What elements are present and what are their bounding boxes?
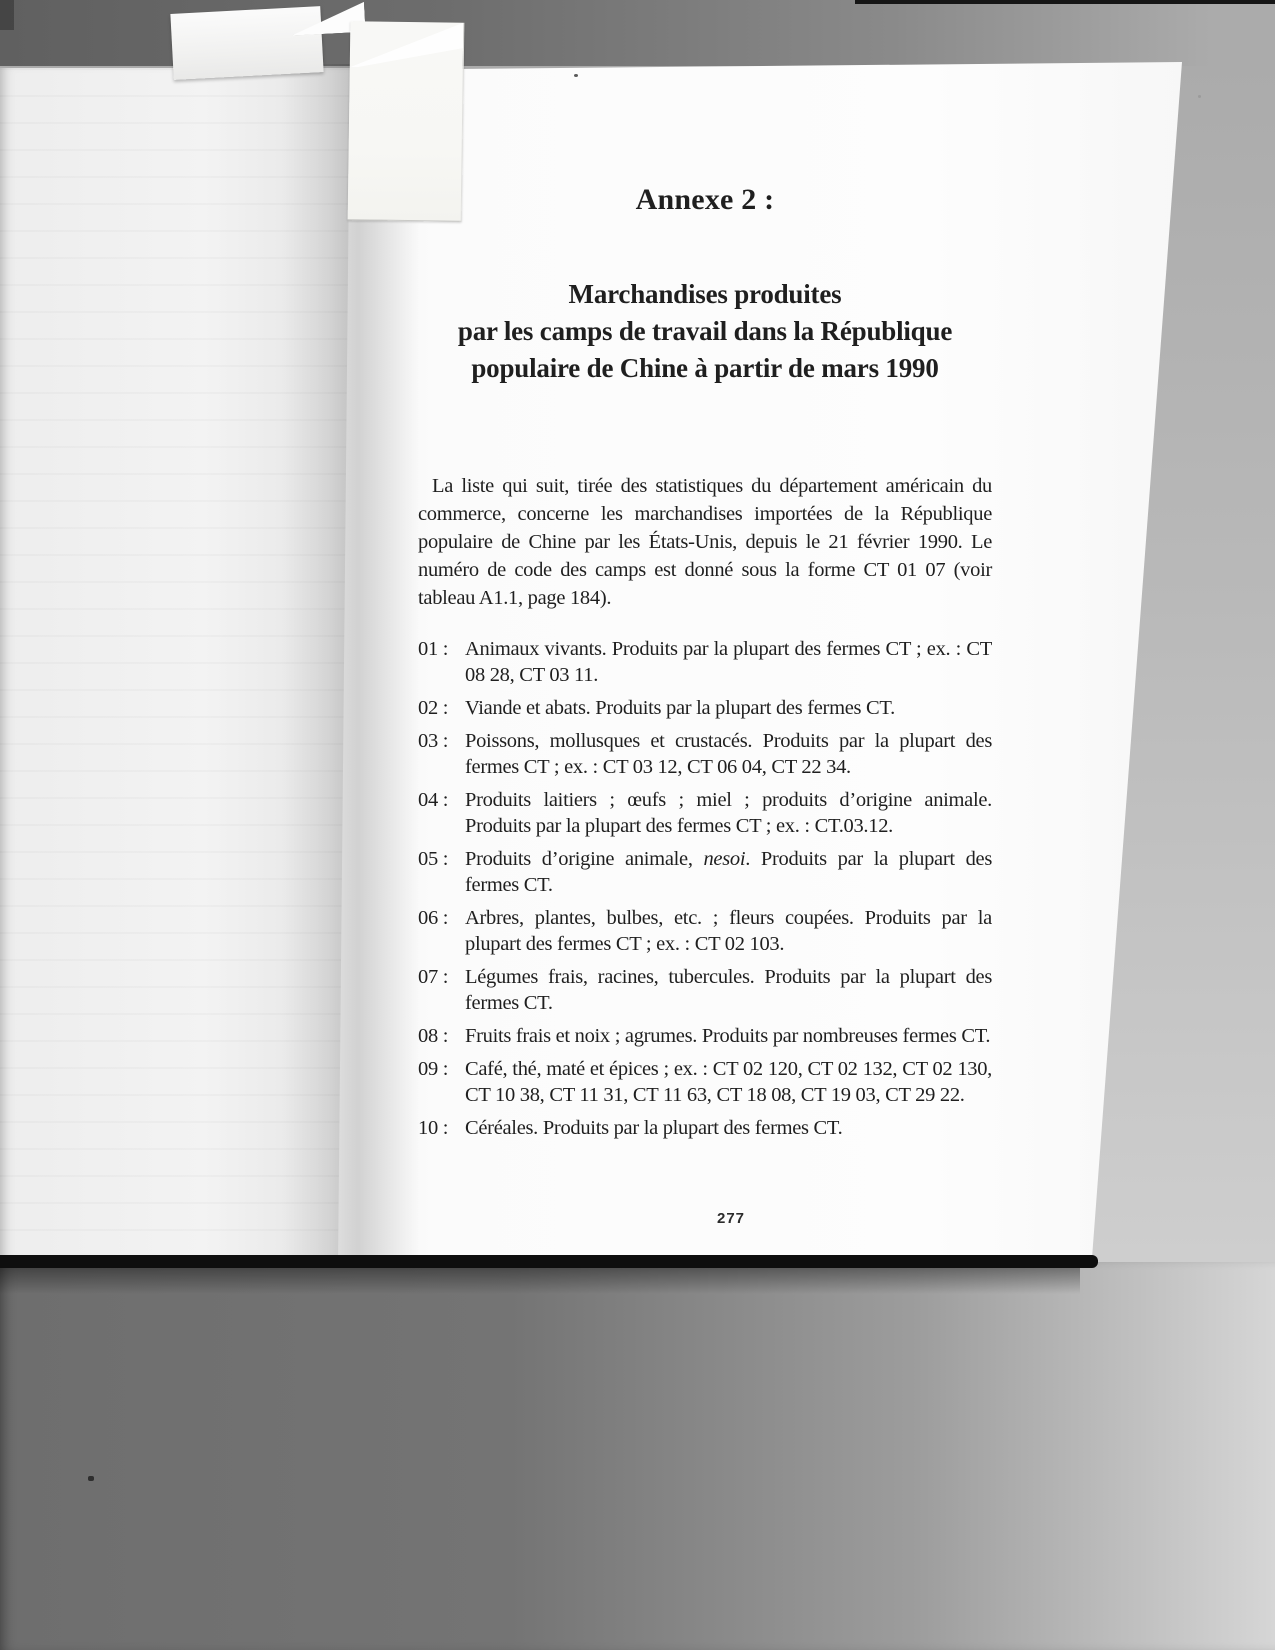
commodity-list: 01 : Animaux vivants. Produits par la pl… — [418, 636, 992, 1148]
list-item-text: Arbres, plantes, bulbes, etc. ; fleurs c… — [465, 905, 992, 957]
list-item-text: Poissons, mollusques et crustacés. Produ… — [465, 728, 992, 780]
page-title-line1: Marchandises produites — [408, 276, 1002, 313]
list-item: 01 : Animaux vivants. Produits par la pl… — [418, 636, 992, 688]
list-item: 10 : Céréales. Produits par la plupart d… — [418, 1115, 992, 1141]
book-gutter-shadow — [282, 64, 420, 1258]
page-title-line3: populaire de Chine à partir de mars 1990 — [408, 350, 1002, 387]
list-item-text: Céréales. Produits par la plupart des fe… — [465, 1115, 992, 1141]
list-item-text-main: Légumes frais, racines, tubercules. Prod… — [465, 966, 992, 1014]
list-item-text-main: Produits laitiers ; œufs ; miel ; produi… — [465, 789, 992, 837]
list-item-number: 08 : — [418, 1023, 465, 1049]
list-item-number: 10 : — [418, 1115, 465, 1141]
list-item-text: Légumes frais, racines, tubercules. Prod… — [465, 964, 992, 1016]
scan-corner-shadow — [0, 0, 14, 30]
page-number: 277 — [717, 1210, 745, 1227]
list-item-text-main: Animaux vivants. Produits par la plupart… — [465, 638, 992, 686]
list-item-number: 01 : — [418, 636, 465, 688]
list-item: 05 : Produits d’origine animale, nesoi. … — [418, 846, 992, 898]
list-item: 04 : Produits laitiers ; œufs ; miel ; p… — [418, 787, 992, 839]
list-item-text: Produits laitiers ; œufs ; miel ; produi… — [465, 787, 992, 839]
scan-speck — [88, 1476, 94, 1481]
list-item-text: Produits d’origine animale, nesoi. Produ… — [465, 846, 992, 898]
list-item-text-main: Café, thé, maté et épices ; ex. : CT 02 … — [465, 1058, 992, 1106]
scanner-bed-bottom — [0, 1262, 1275, 1650]
list-item-text-main: Céréales. Produits par la plupart des fe… — [465, 1117, 842, 1139]
annexe-heading: Annexe 2 : — [418, 183, 992, 217]
list-item-text: Café, thé, maté et épices ; ex. : CT 02 … — [465, 1056, 992, 1108]
list-item-text-main: Produits d’origine animale, — [465, 848, 703, 870]
list-item: 02 : Viande et abats. Produits par la pl… — [418, 695, 992, 721]
list-item-text: Animaux vivants. Produits par la plupart… — [465, 636, 992, 688]
list-item-text-main: Viande et abats. Produits par la plupart… — [465, 697, 895, 719]
list-item: 08 : Fruits frais et noix ; agrumes. Pro… — [418, 1023, 992, 1049]
list-item-text: Fruits frais et noix ; agrumes. Produits… — [465, 1023, 992, 1049]
list-item-text-italic: nesoi — [703, 848, 745, 870]
tape-piece-left — [170, 6, 323, 80]
list-item-number: 05 : — [418, 846, 465, 898]
list-item-number: 07 : — [418, 964, 465, 1016]
page-title: Marchandises produites par les camps de … — [408, 276, 1002, 387]
scan-speck — [1198, 95, 1201, 98]
list-item-text-main: Fruits frais et noix ; agrumes. Produits… — [465, 1025, 990, 1047]
list-item-number: 06 : — [418, 905, 465, 957]
list-item-number: 09 : — [418, 1056, 465, 1108]
list-item: 03 : Poissons, mollusques et crustacés. … — [418, 728, 992, 780]
page-title-line2: par les camps de travail dans la Républi… — [408, 313, 1002, 350]
list-item-text: Viande et abats. Produits par la plupart… — [465, 695, 992, 721]
list-item-number: 02 : — [418, 695, 465, 721]
list-item: 07 : Légumes frais, racines, tubercules.… — [418, 964, 992, 1016]
book-bottom-shadow — [0, 1268, 1080, 1294]
list-item-number: 03 : — [418, 728, 465, 780]
list-item-text-main: Poissons, mollusques et crustacés. Produ… — [465, 730, 992, 778]
page-content: Annexe 2 : Marchandises produites par le… — [418, 0, 992, 1262]
intro-paragraph: La liste qui suit, tirée des statistique… — [418, 472, 992, 612]
list-item-number: 04 : — [418, 787, 465, 839]
list-item: 09 : Café, thé, maté et épices ; ex. : C… — [418, 1056, 992, 1108]
list-item-text-main: Arbres, plantes, bulbes, etc. ; fleurs c… — [465, 907, 992, 955]
list-item: 06 : Arbres, plantes, bulbes, etc. ; fle… — [418, 905, 992, 957]
